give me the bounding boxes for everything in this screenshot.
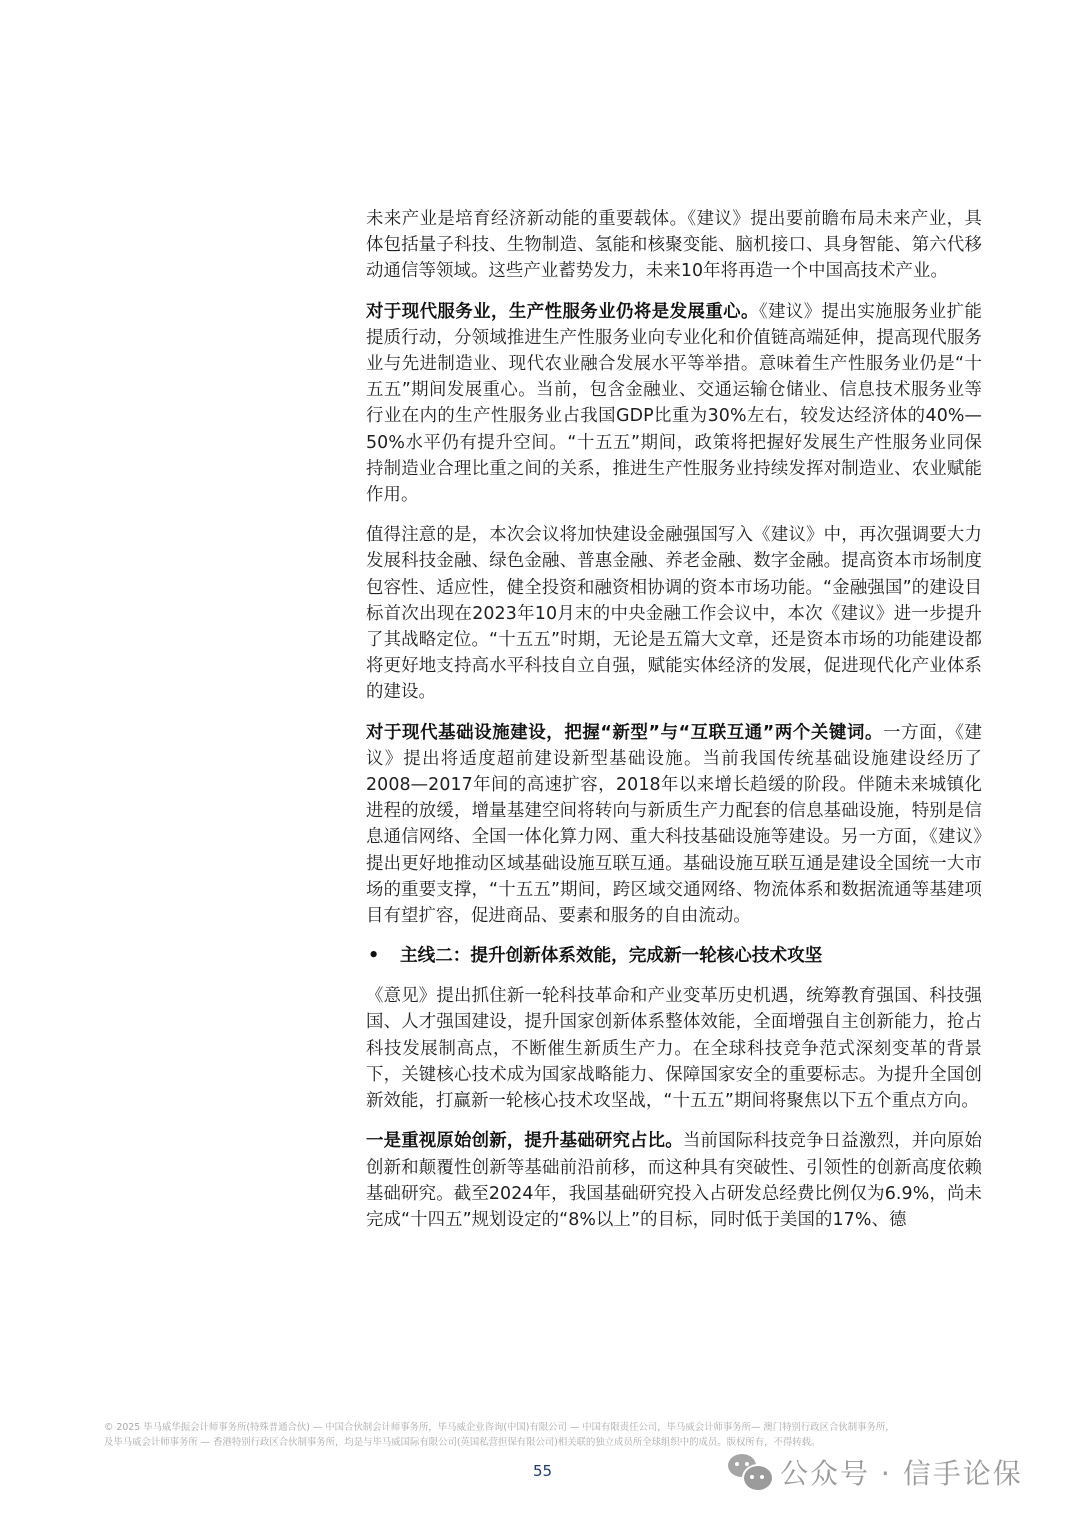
footer-legal-notice: © 2025 毕马威华振会计师事务所(特殊普通合伙) — 中国合伙制会计师事务所… [104,1421,984,1450]
wechat-icon [728,1452,772,1492]
legal-line-2: 及毕马威会计师事务所 — 香港特别行政区合伙制事务所，均是与毕马威国际有限公司(… [104,1436,984,1451]
wechat-watermark: 公众号 · 信手论保 [728,1452,1023,1492]
watermark-text: 公众号 · 信手论保 [780,1452,1023,1492]
paragraph-lead: 对于现代服务业，生产性服务业仍将是发展重心。 [366,302,759,322]
document-body: 未来产业是培育经济新动能的重要载体。《建议》提出要前瞻布局未来产业，具体包括量子… [366,206,982,1247]
paragraph-modern-services: 对于现代服务业，生产性服务业仍将是发展重心。《建议》提出实施服务业扩能提质行动，… [366,299,982,509]
paragraph-lead: 一是重视原始创新，提升基础研究占比。 [366,1131,683,1151]
bullet-icon: • [366,943,390,969]
paragraph-infrastructure: 对于现代基础设施建设，把握“新型”与“互联互通”两个关键词。一方面，《建议》提出… [366,720,982,930]
paragraph-text: 一方面，《建议》提出将适度超前建设新型基础设施。当前我国传统基础设施建设经历了2… [366,723,982,926]
paragraph-basic-research: 一是重视原始创新，提升基础研究占比。当前国际科技竞争日益激烈，并向原始创新和颠覆… [366,1128,982,1233]
paragraph-text: 《意见》提出抓住新一轮科技革命和产业变革历史机遇，统筹教育强国、科技强国、人才强… [366,986,982,1111]
paragraph-text: 《建议》提出实施服务业扩能提质行动，分领域推进生产性服务业向专业化和价值链高端延… [366,302,982,505]
paragraph-text: 值得注意的是，本次会议将加快建设金融强国写入《建议》中，再次强调要大力发展科技金… [366,525,982,702]
paragraph-financial-power: 值得注意的是，本次会议将加快建设金融强国写入《建议》中，再次强调要大力发展科技金… [366,522,982,705]
legal-line-1: © 2025 毕马威华振会计师事务所(特殊普通合伙) — 中国合伙制会计师事务所… [104,1421,984,1436]
paragraph-lead: 对于现代基础设施建设，把握“新型”与“互联互通”两个关键词。 [366,723,883,743]
paragraph-text: 未来产业是培育经济新动能的重要载体。《建议》提出要前瞻布局未来产业，具体包括量子… [366,209,982,281]
paragraph-innovation-system: 《意见》提出抓住新一轮科技革命和产业变革历史机遇，统筹教育强国、科技强国、人才强… [366,983,982,1114]
paragraph-future-industries: 未来产业是培育经济新动能的重要载体。《建议》提出要前瞻布局未来产业，具体包括量子… [366,206,982,285]
page-number: 55 [533,1462,552,1480]
section-heading-mainline-two: • 主线二：提升创新体系效能，完成新一轮核心技术攻坚 [366,943,982,969]
section-heading-text: 主线二：提升创新体系效能，完成新一轮核心技术攻坚 [390,943,822,969]
